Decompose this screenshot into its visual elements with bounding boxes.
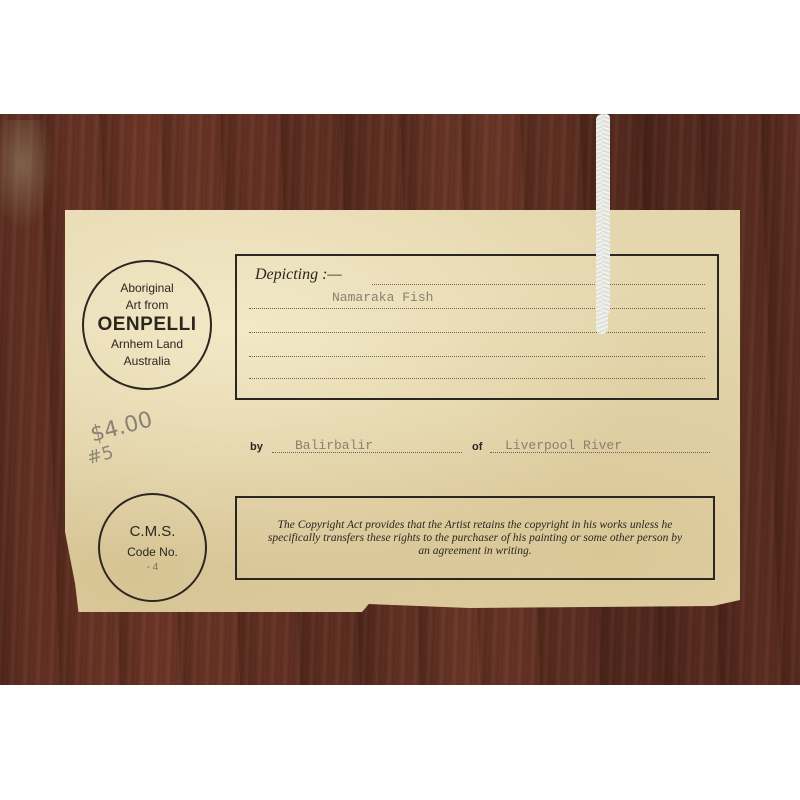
- code-value: - 4: [147, 561, 159, 575]
- paper-label: Aboriginal Art from OENPELLI Arnhem Land…: [65, 210, 740, 612]
- cms-stamp: C.M.S. Code No. - 4: [98, 493, 207, 602]
- dotted-line: [372, 284, 705, 285]
- stamp-line-4: Arnhem Land: [111, 336, 183, 353]
- wood-scuff-mark: [0, 120, 55, 230]
- place-name: Liverpool River: [505, 438, 622, 453]
- dotted-line: [249, 308, 705, 309]
- stamp-line-1: Aboriginal: [120, 280, 173, 297]
- hanging-string-strand: [602, 114, 610, 314]
- artist-name: Balirbalir: [295, 438, 373, 453]
- depicting-box: Depicting :— Namaraka Fish: [235, 254, 719, 400]
- of-label: of: [472, 441, 482, 453]
- stamp-line-3: OENPELLI: [97, 314, 196, 336]
- depicting-label: Depicting :—: [255, 266, 342, 284]
- copyright-notice: The Copyright Act provides that the Arti…: [265, 519, 685, 558]
- oenpelli-stamp: Aboriginal Art from OENPELLI Arnhem Land…: [82, 260, 212, 390]
- dotted-line: [249, 356, 705, 357]
- copyright-box: The Copyright Act provides that the Arti…: [235, 496, 715, 580]
- dotted-line: [249, 378, 705, 379]
- pencil-price-note: $4.00: [88, 407, 155, 447]
- pencil-number-note: #5: [85, 442, 116, 469]
- cms-title: C.M.S.: [130, 521, 176, 543]
- depicting-value: Namaraka Fish: [332, 290, 433, 305]
- code-label: Code No.: [127, 543, 178, 561]
- stamp-line-5: Australia: [124, 353, 171, 370]
- artist-row: by Balirbalir of Liverpool River: [250, 438, 700, 458]
- dotted-line: [249, 332, 705, 333]
- stamp-line-2: Art from: [126, 297, 169, 314]
- by-label: by: [250, 441, 263, 453]
